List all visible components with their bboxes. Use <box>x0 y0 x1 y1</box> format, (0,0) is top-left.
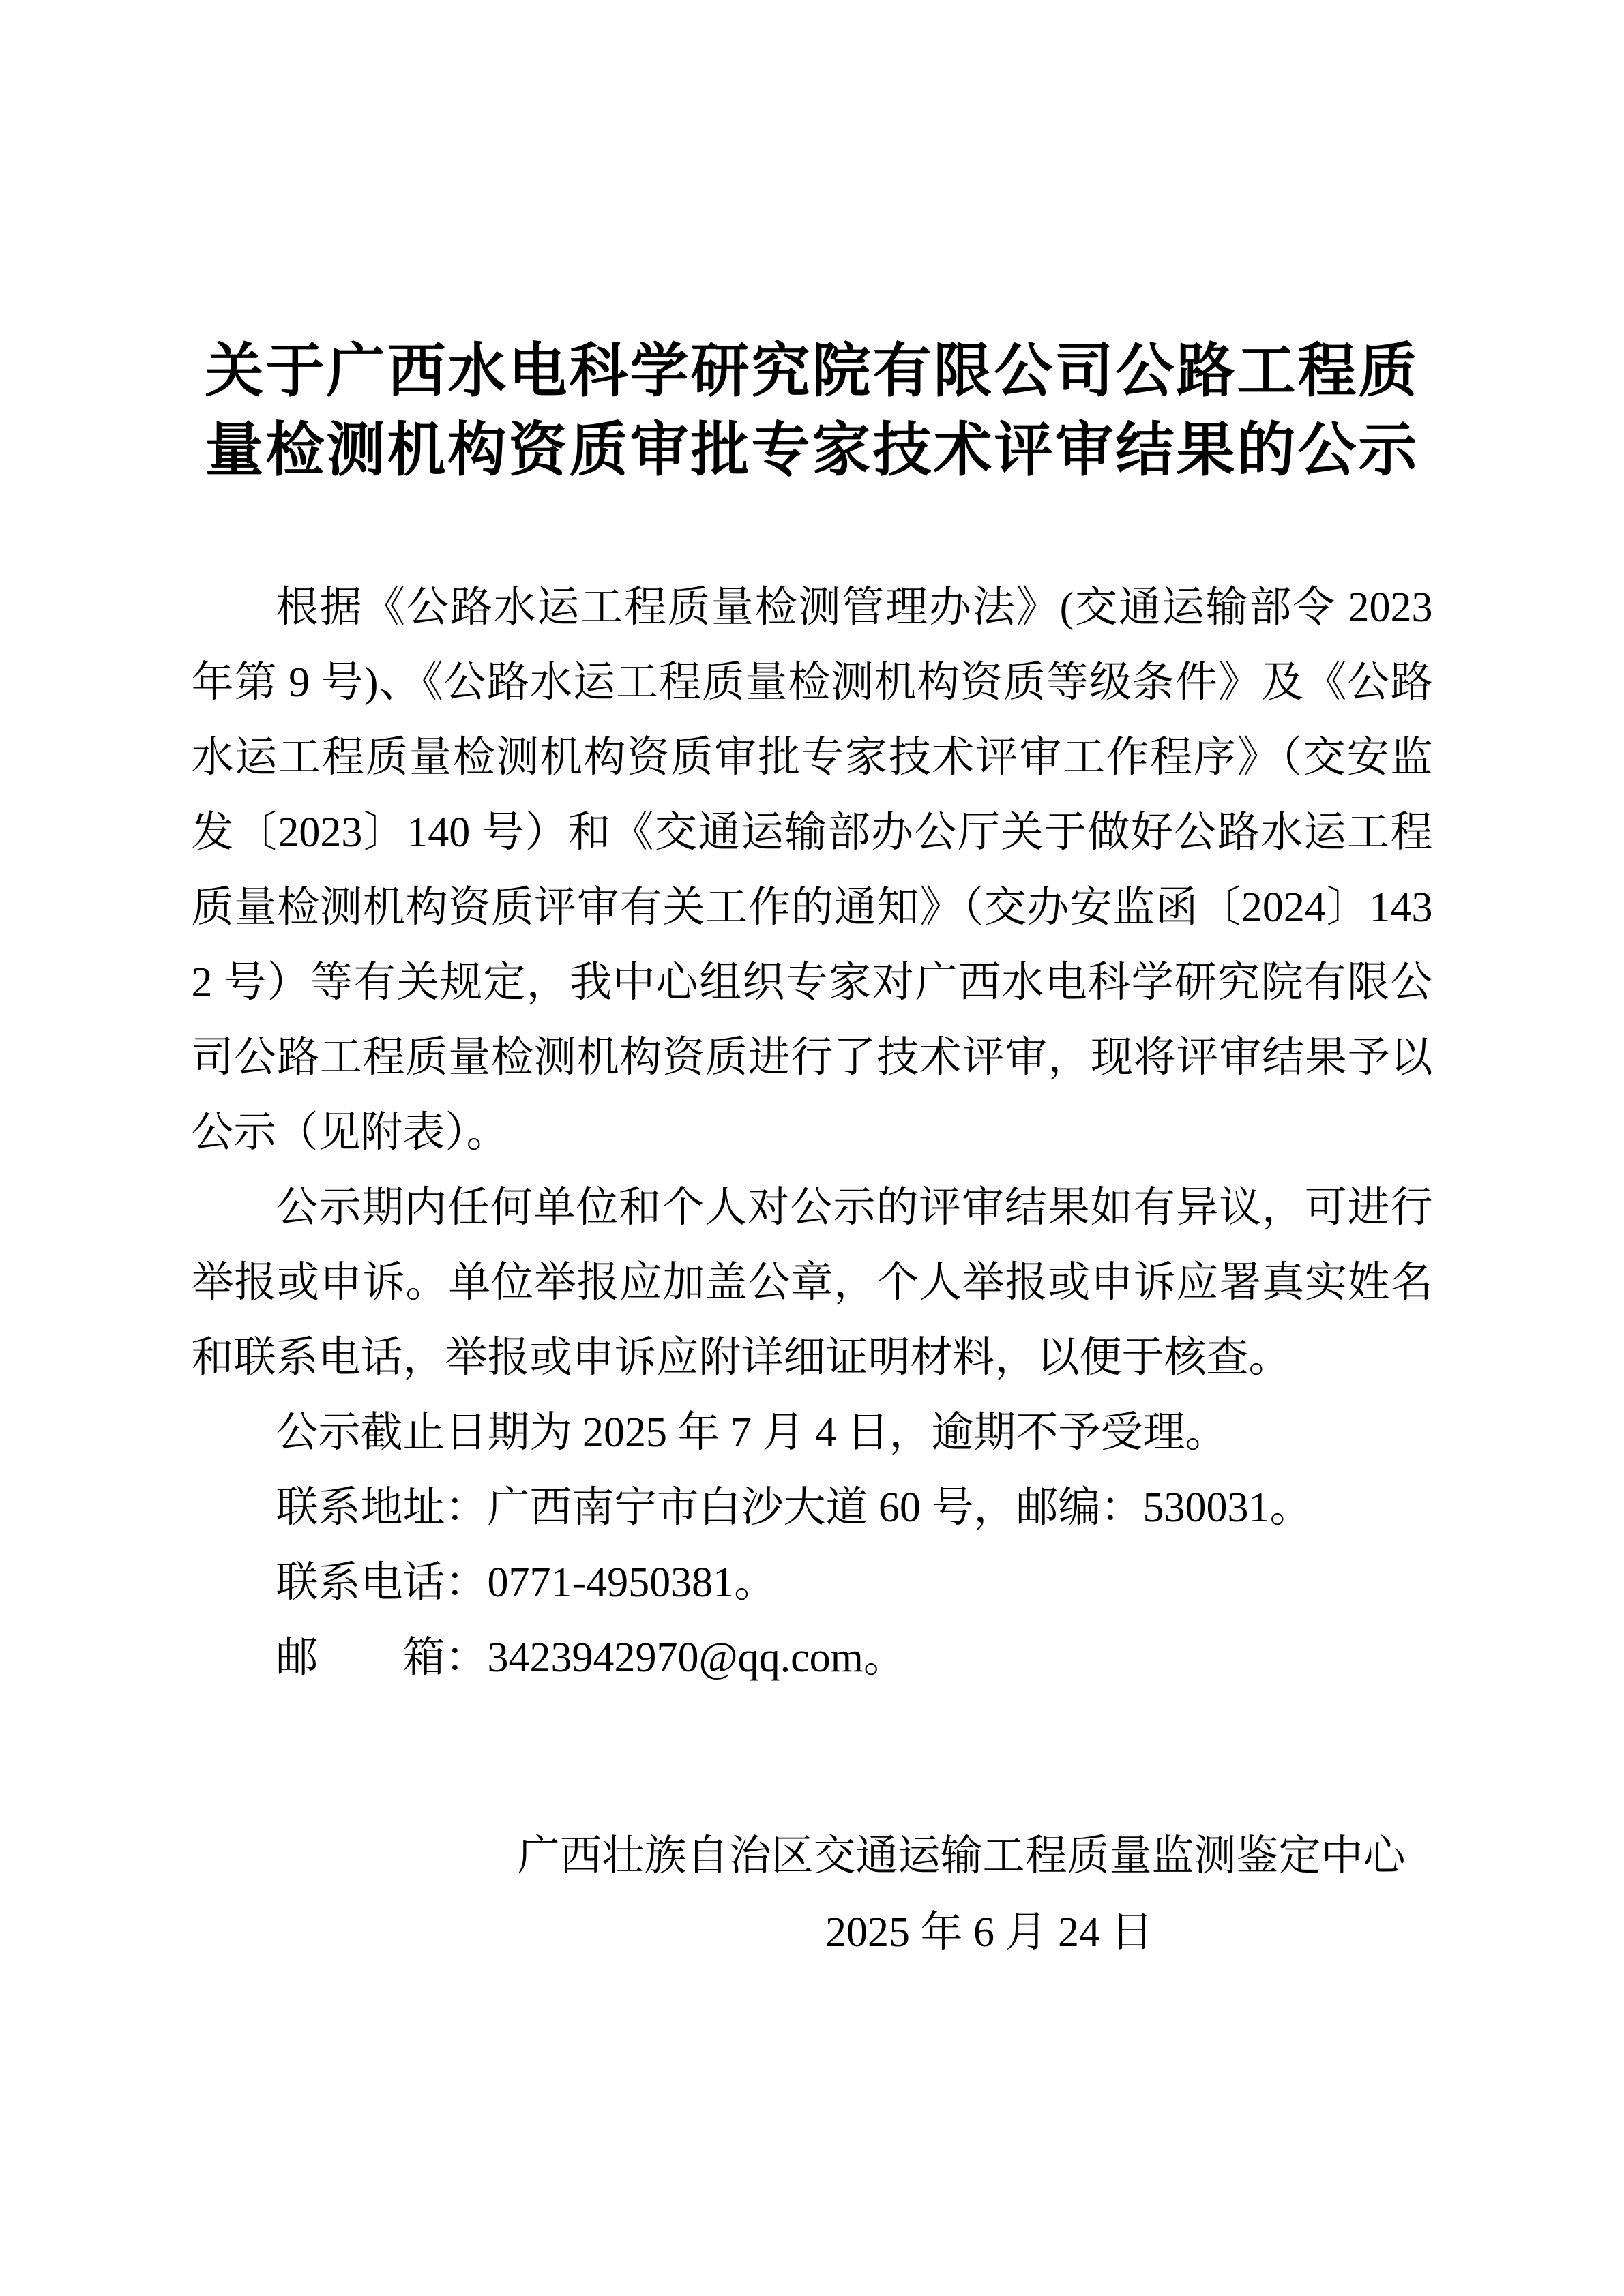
document-body: 根据《公路水运工程质量检测管理办法》(交通运输部令 2023 年第 9 号)、《… <box>192 570 1433 1695</box>
contact-email-line: 邮 箱：3423942970@qq.com。 <box>192 1620 1433 1695</box>
paragraph-objection-procedure: 公示期内任何单位和个人对公示的评审结果如有异议，可进行举报或申诉。单位举报应加盖… <box>192 1170 1433 1395</box>
contact-phone-line: 联系电话：0771-4950381。 <box>192 1545 1433 1620</box>
document-title-line-2: 量检测机构资质审批专家技术评审结果的公示 <box>192 411 1433 490</box>
document-content: 关于广西水电科学研究院有限公司公路工程质 量检测机构资质审批专家技术评审结果的公… <box>192 0 1433 1971</box>
document-page: 关于广西水电科学研究院有限公司公路工程质 量检测机构资质审批专家技术评审结果的公… <box>0 0 1624 2296</box>
issuing-authority: 广西壮族自治区交通运输工程质量监测鉴定中心 <box>192 1818 1433 1894</box>
paragraph-legal-basis: 根据《公路水运工程质量检测管理办法》(交通运输部令 2023 年第 9 号)、《… <box>192 570 1433 1170</box>
signature-block: 广西壮族自治区交通运输工程质量监测鉴定中心 2025 年 6 月 24 日 <box>192 1818 1433 1971</box>
paragraph-deadline: 公示截止日期为 2025 年 7 月 4 日，逾期不予受理。 <box>192 1395 1433 1470</box>
contact-address-line: 联系地址：广西南宁市白沙大道 60 号，邮编：530031。 <box>192 1470 1433 1545</box>
document-title: 关于广西水电科学研究院有限公司公路工程质 量检测机构资质审批专家技术评审结果的公… <box>192 331 1433 490</box>
issue-date: 2025 年 6 月 24 日 <box>192 1894 1433 1971</box>
document-title-line-1: 关于广西水电科学研究院有限公司公路工程质 <box>192 331 1433 411</box>
